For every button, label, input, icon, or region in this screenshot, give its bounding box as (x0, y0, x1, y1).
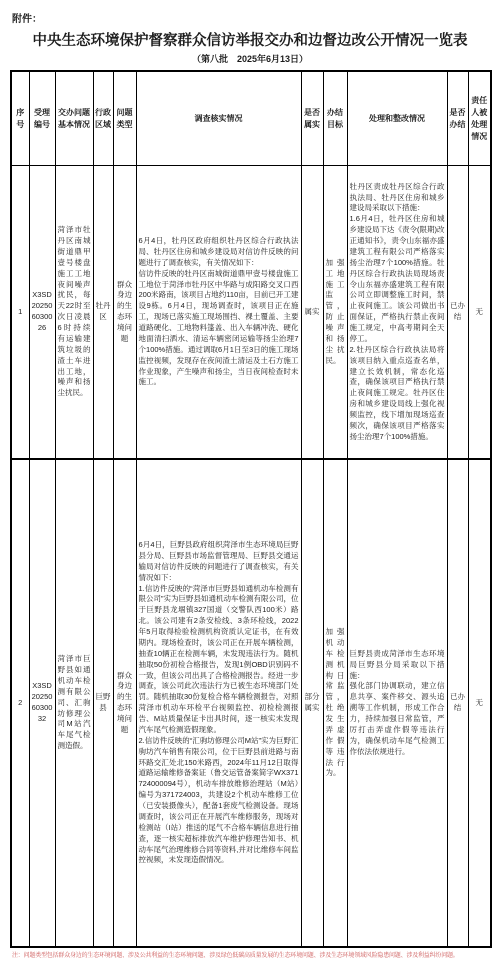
cell-investigation: 6月4日，牡丹区政府组织牡丹区综合行政执法局、牡丹区住房和城乡建设局对信访件反映… (136, 166, 301, 460)
table-row-1: 1 X3SD202506030026 菏泽市牡丹区南城街道鼎甲壹号楼盘施工工地夜… (11, 166, 491, 460)
col-header-investigation: 调查核实情况 (136, 71, 301, 166)
table-row-2: 2 X3SD202506030032 菏泽市巨野县如通机动车检测有限公司、汇驹坊… (11, 459, 491, 947)
attachment-label: 附件： (12, 10, 490, 25)
col-header-region: 行政区域 (93, 71, 113, 166)
cell-verified: 属实 (301, 166, 323, 460)
cell-seq: 1 (11, 166, 29, 460)
cell-closed: 已办结 (447, 166, 468, 460)
cell-type: 群众身边的生态环境问题 (113, 459, 136, 947)
page-title: 中央生态环境保护督察群众信访举报交办和边督边改公开情况一览表 (24, 32, 476, 50)
cell-problem: 菏泽市牡丹区南城街道鼎甲壹号楼盘施工工地夜间噪声扰民，每天22时至次日凌晨6时持… (55, 166, 93, 460)
cell-goal: 加强工地施工监管，防止噪声和扬尘扰民。 (323, 166, 347, 460)
cell-case-no: X3SD202506030032 (29, 459, 55, 947)
page-subtitle: （第八批 2025年6月13日） (10, 52, 490, 65)
cell-region: 牡丹区 (93, 166, 113, 460)
document-page: 附件： 中央生态环境保护督察群众信访举报交办和边督边改公开情况一览表 （第八批 … (0, 0, 500, 961)
cell-type: 群众身边的生态环境问题 (113, 166, 136, 460)
col-header-verified: 是否属实 (301, 71, 323, 166)
cell-accountability: 无 (468, 166, 491, 460)
cell-goal: 加强机动车检测机构日常监管，杜绝发生弄虚作假等违法行为。 (323, 459, 347, 947)
cell-action: 巨野县责成菏泽市生态环境局巨野县分局采取以下措施： 强化部门协调联动，建立信息共… (347, 459, 447, 947)
cell-action: 牡丹区责成牡丹区综合行政执法局、牡丹区住房和城乡建设局采取以下措施： 1.6月4… (347, 166, 447, 460)
col-header-seq: 序号 (11, 71, 29, 166)
cell-verified: 部分属实 (301, 459, 323, 947)
col-header-type: 问题类型 (113, 71, 136, 166)
col-header-goal: 办结目标 (323, 71, 347, 166)
col-header-action: 处理和整改情况 (347, 71, 447, 166)
cell-region: 巨野县 (93, 459, 113, 947)
cell-closed: 已办结 (447, 459, 468, 947)
cell-problem: 菏泽市巨野县如通机动车检测有限公司、汇驹坊修理公司M站汽车尾气检测造假。 (55, 459, 93, 947)
table-header-row: 序号 受理编号 交办问题基本情况 行政区域 问题类型 调查核实情况 是否属实 办… (11, 71, 491, 166)
cell-case-no: X3SD202506030026 (29, 166, 55, 460)
col-header-accountability: 责任人被处理情况 (468, 71, 491, 166)
cell-accountability: 无 (468, 459, 491, 947)
cell-investigation: 6月4日，巨野县政府组织菏泽市生态环境局巨野县分局、巨野县市场监督管理局、巨野县… (136, 459, 301, 947)
col-header-closed: 是否办结 (447, 71, 468, 166)
col-header-problem: 交办问题基本情况 (55, 71, 93, 166)
col-header-case-no: 受理编号 (29, 71, 55, 166)
footnote: 注：问题类型包括群众身边的生态环境问题、涉及公共利益的生态环境问题、涉及绿色低碳… (12, 953, 490, 961)
cases-table: 序号 受理编号 交办问题基本情况 行政区域 问题类型 调查核实情况 是否属实 办… (10, 70, 492, 948)
cell-seq: 2 (11, 459, 29, 947)
